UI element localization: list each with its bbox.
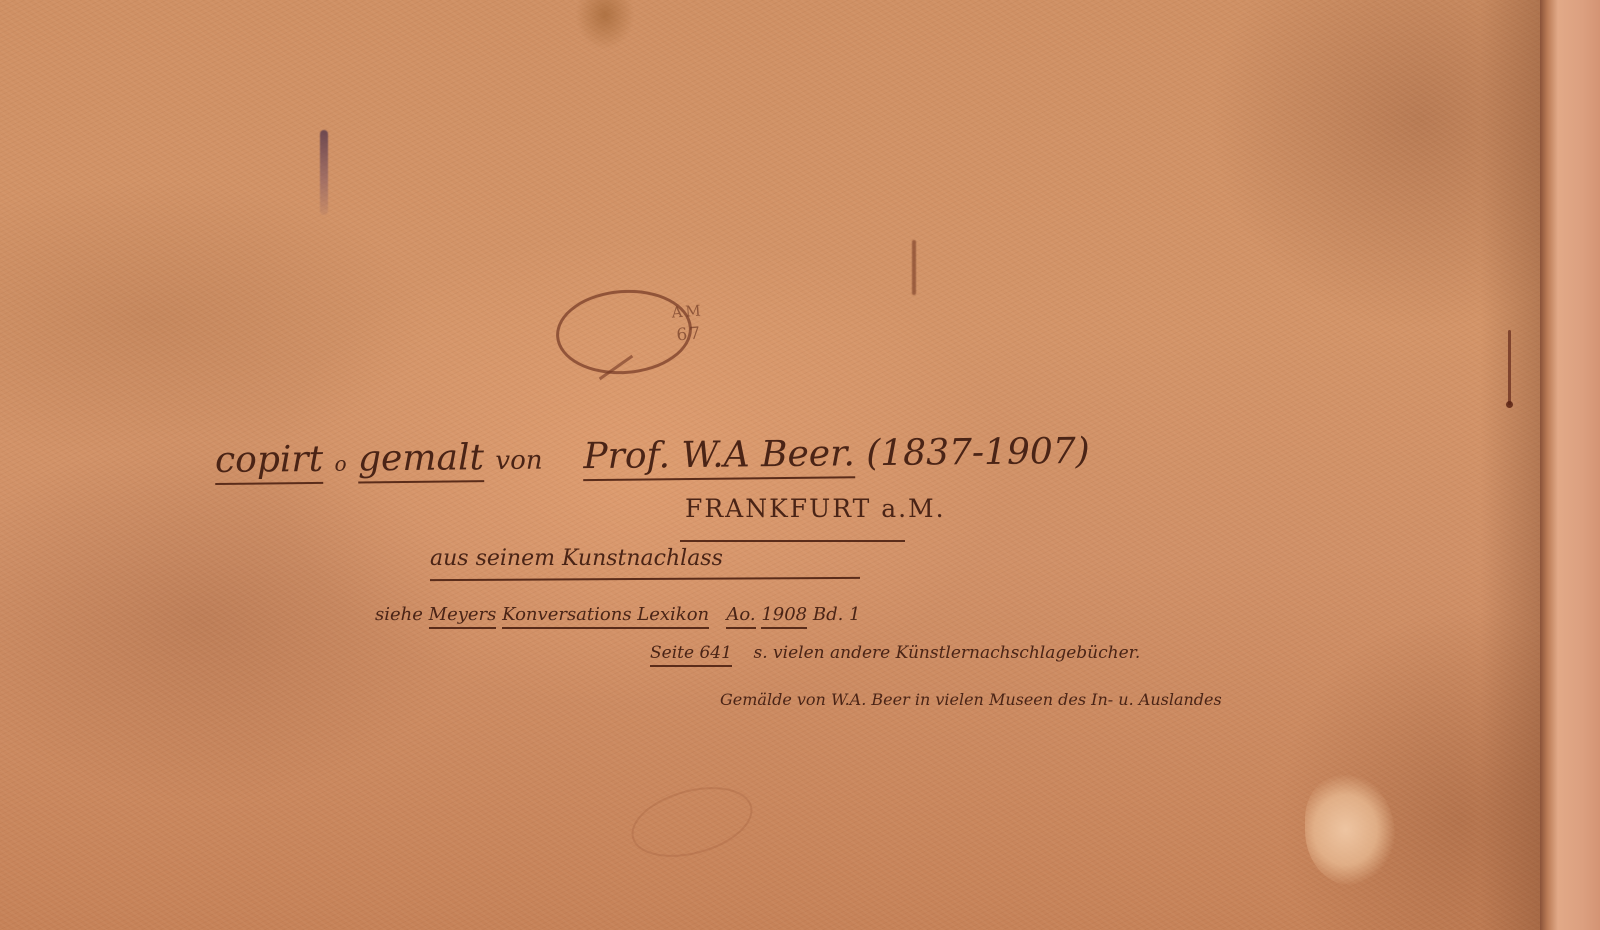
word-copirt: copirt bbox=[215, 439, 324, 485]
artist-dates: (1837-1907) bbox=[866, 431, 1090, 474]
ref-siehe: siehe bbox=[375, 604, 423, 625]
artist-name: Prof. W.A Beer. bbox=[583, 433, 855, 481]
inscription-museums: Gemälde von W.A. Beer in vielen Museen d… bbox=[720, 690, 1222, 709]
ref-ao: Ao. bbox=[726, 604, 755, 629]
top-smudge bbox=[575, 0, 635, 50]
inscription-city: FRANKFURT a.M. bbox=[685, 494, 946, 523]
ink-mark-middle bbox=[912, 240, 916, 295]
ink-mark-left bbox=[320, 130, 328, 215]
word-gemalt: gemalt bbox=[358, 437, 484, 483]
inscription-estate: aus seinem Kunstnachlass bbox=[430, 546, 723, 571]
ref-volume: Bd. 1 bbox=[813, 604, 861, 625]
frame-edge-strip bbox=[1540, 0, 1600, 930]
pin-mark-right bbox=[1508, 330, 1511, 405]
ref-page: Seite 641 bbox=[650, 643, 732, 667]
ref-meyers: Meyers bbox=[429, 604, 497, 629]
inscription-reference: siehe Meyers Konversations Lexikon Ao. 1… bbox=[375, 604, 861, 625]
word-connector: o bbox=[334, 452, 346, 476]
ref-year: 1908 bbox=[761, 604, 807, 629]
ref-lexikon: Konversations Lexikon bbox=[502, 604, 709, 629]
word-von: von bbox=[495, 446, 542, 476]
city-underline bbox=[680, 540, 905, 542]
ref-other-books: s. vielen andere Künstlernachschlagebüch… bbox=[754, 643, 1141, 663]
inscription-page-reference: Seite 641 s. vielen andere Künstlernachs… bbox=[650, 643, 1140, 663]
